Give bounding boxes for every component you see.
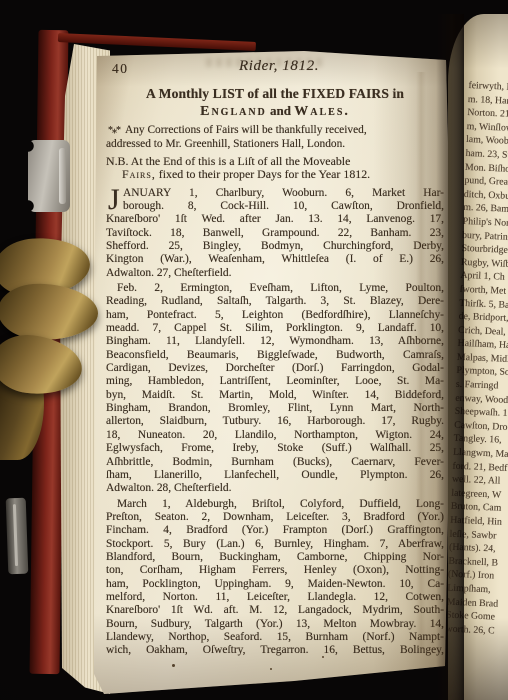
gutter-shadow: [436, 14, 464, 700]
text-line: Kington (War.), Weaſenham, Whittleſea (I…: [106, 253, 444, 266]
january-paragraph: J ANUARY 1, Charlbury, Wooburn. 6, Marke…: [106, 187, 444, 280]
book-photo: 40 Rider, 1812. A Monthly LIST of all th…: [0, 0, 508, 700]
march-paragraph: March 1, Aldeburgh, Briſtol, Colyford, D…: [106, 498, 444, 658]
text-line: ming, Hambledon, Lantriſſent, Leominſter…: [106, 375, 444, 388]
page-header: 40 Rider, 1812.: [106, 58, 444, 82]
text-line: ANUARY 1, Charlbury, Wooburn. 6, Market …: [123, 187, 444, 200]
text-line: ton, Corſham, Higham Ferrers, Henley (Ox…: [106, 564, 444, 577]
text-line: wich, Oakham, Oſweſtry, Tregarron. 16, B…: [106, 644, 444, 657]
notice-line1-text: Any Corrections of Fairs will be thankfu…: [125, 124, 367, 136]
clip-highlight: [59, 148, 66, 204]
february-lines: Feb. 2, Ermington, Eveſham, Lifton, Lyme…: [106, 282, 444, 496]
page-speck: [322, 656, 324, 658]
text-line: Knareſboro' 1ſt Wed. after Jan. 13. 14, …: [106, 213, 444, 226]
text-line: Fincham. 4, Bradford (Yor.) Frampton (Do…: [106, 524, 444, 537]
text-line: Aſhbrittle, Bodmin, Burnham (Bucks), Cae…: [106, 456, 444, 469]
asterism-icon: *⁎*: [108, 125, 120, 136]
section-title-line1: A Monthly LIST of all the FIXED FAIRS in: [106, 86, 444, 102]
nb-line2: Fairs, fixed to their proper Days for th…: [106, 168, 444, 181]
title-and: and: [270, 103, 291, 118]
text-line: Adwalton. 27, Cheſterfield.: [106, 267, 444, 280]
text-line: Bourn, Sudbury, Talgarth (Yor.) 13, Melt…: [106, 618, 444, 631]
text-line: Stockport. 5, Bury (Lan.) 6, Burnley, Hi…: [106, 538, 444, 551]
text-line: byn, Maidſt. St. Martin, Mold, Winſter. …: [106, 389, 444, 402]
text-line: borough. 8, Cock-Hill. 10, Cawſton, Dron…: [123, 200, 444, 213]
nb-line1: N.B. At the End of this is a Liſt of all…: [106, 155, 444, 168]
title-wales: Wales.: [294, 104, 350, 119]
brass-finger: [0, 282, 99, 341]
text-line: Llandewy, Northop, Seaford. 15, Burnham …: [106, 631, 444, 644]
text-line: Cardigan, Devizes, Dorcheſter (Dorſ.) Fa…: [106, 362, 444, 375]
page-number: 40: [112, 61, 129, 77]
january-dropcap: J: [108, 186, 120, 214]
january-lines: ANUARY 1, Charlbury, Wooburn. 6, Market …: [106, 187, 444, 280]
text-line: March 1, Aldeburgh, Briſtol, Colyford, D…: [106, 498, 444, 511]
text-line: melford, Norton. 11, Leiceſter, Llandegl…: [106, 591, 444, 604]
lower-clip-icon: [6, 498, 29, 575]
march-lines: March 1, Aldeburgh, Briſtol, Colyford, D…: [106, 498, 444, 658]
page-speck: [270, 668, 272, 670]
text-line: Bingham. 11, Llandyſell. 12, Wymondham. …: [106, 335, 444, 348]
nb-line2-rest: fixed to their proper Days for the Year …: [156, 167, 370, 181]
text-line: Taviſtock. 18, Banwell, Grampound. 22, B…: [106, 227, 444, 240]
main-page: 40 Rider, 1812. A Monthly LIST of all th…: [94, 48, 452, 698]
text-line: Knareſboro' 1ſt Wd. aft. M. 12, Langadoc…: [106, 604, 444, 617]
brass-hand-stand: [0, 238, 98, 402]
text-line: Beaconsfield, Beaumaris, Biggleſwade, Bu…: [106, 349, 444, 362]
page-speck: [172, 664, 175, 667]
text-line: Preſton, Seaton. 2, Downham, Leiceſter. …: [106, 511, 444, 524]
text-line: ham, Pocklington, Uppingham. 9, Maiden-N…: [106, 578, 444, 591]
text-line: 18, Nuneaton. 20, Llandilo, Northampton,…: [106, 429, 444, 442]
text-line: Feb. 2, Ermington, Eveſham, Lifton, Lyme…: [106, 282, 444, 295]
book-holder-clip-icon: [28, 140, 70, 212]
text-line: Reading, Rudland, Saltaſh, Talgarth. 3, …: [106, 295, 444, 308]
text-line: Shefford. 25, Bingley, Bodmyn, Churching…: [106, 240, 444, 253]
nota-bene: N.B. At the End of this is a Liſt of all…: [106, 155, 444, 182]
text-line: allerton, Slaidburn, Tutbury. 16, Harbor…: [106, 415, 444, 428]
text-line: ham, Pontefract. 5, Leighton (Bedfordſhi…: [106, 309, 444, 322]
text-line: Blandford, Bourn, Buckingham, Camborne, …: [106, 551, 444, 564]
text-line: Bingham, Brandon, Bromley, Flint, Lynn M…: [106, 402, 444, 415]
page-content: 40 Rider, 1812. A Monthly LIST of all th…: [106, 58, 444, 658]
clip-highlight: [13, 504, 18, 566]
notice-line2: addressed to Mr. Greenhill, Stationers H…: [106, 138, 444, 151]
text-line: Eglwysfach, Frome, Ireby, Stoke (Suff.) …: [106, 442, 444, 455]
running-title: Rider, 1812.: [106, 58, 444, 75]
section-title-line2: England and Wales.: [106, 103, 444, 120]
notice-line1: *⁎*Any Corrections of Fairs will be than…: [106, 124, 444, 138]
corrections-notice: *⁎*Any Corrections of Fairs will be than…: [106, 124, 444, 151]
brass-finger: [0, 331, 85, 400]
text-line: meadd. 7, Cappel St. Silim, Porklington.…: [106, 322, 444, 335]
text-line: Adwalton. 28, Cheſterfield.: [106, 482, 444, 495]
title-england: England: [200, 104, 267, 119]
february-paragraph: Feb. 2, Ermington, Eveſham, Lifton, Lyme…: [106, 282, 444, 496]
nb-fairs: Fairs,: [122, 167, 156, 181]
text-line: ſham, Llanerillo, Llanfechell, Oundle, P…: [106, 469, 444, 482]
